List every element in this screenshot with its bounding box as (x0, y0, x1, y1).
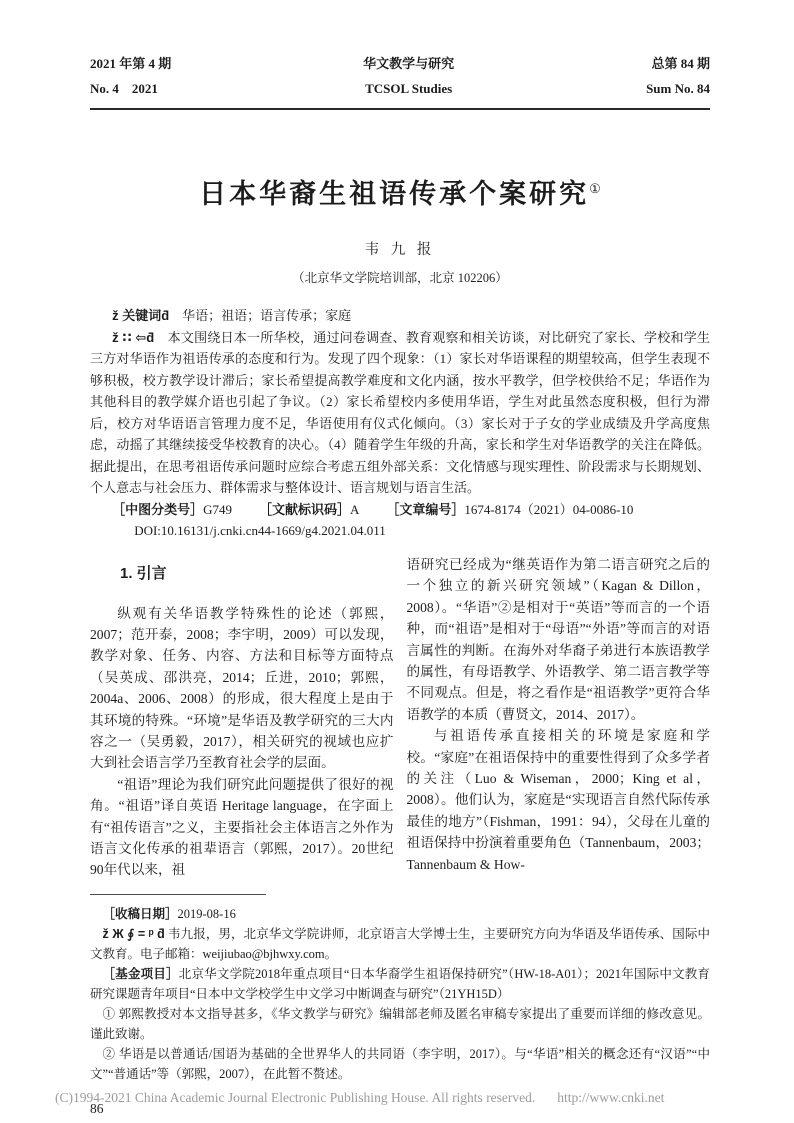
footnote-received-date: ［收稿日期］2019-08-16 (90, 904, 710, 924)
body-paragraph: 与祖语传承直接相关的环境是家庭和学校。“家庭”在祖语保持中的重要性得到了众多学者… (407, 725, 711, 875)
keywords-text: 华语；祖语；语言传承；家庭 (182, 308, 351, 323)
doi-line: DOI:10.16131/j.cnki.cn44-1669/g4.2021.04… (90, 520, 710, 542)
article-title-text: 日本华裔生祖语传承个案研究 (199, 179, 589, 209)
section-heading-introduction: 1. 引言 (90, 562, 394, 586)
received-date-label: ［收稿日期］ (103, 907, 178, 921)
footnote-author-bio: ž Ж ∮ = ᵖ ƌ 韦九报，男，北京华文学院讲师，北京语言大学博士生，主要研… (90, 924, 710, 964)
journal-page: 2021 年第 4 期 No. 4 2021 华文教学与研究 TCSOL Stu… (0, 0, 794, 1123)
sum-no-cn: 总第 84 期 (646, 52, 710, 77)
header-journal-block: 华文教学与研究 TCSOL Studies (363, 52, 454, 101)
article-title: 日本华裔生祖语传承个案研究① (90, 172, 710, 211)
author-bio-label: ž Ж ∮ = ᵖ ƌ (103, 927, 165, 941)
header-issue-block: 2021 年第 4 期 No. 4 2021 (90, 52, 171, 101)
copyright-notice: (C)1994-2021 China Academic Journal Elec… (55, 1090, 664, 1106)
clc-value: G749 (203, 502, 232, 517)
journal-name-en: TCSOL Studies (363, 77, 454, 102)
keywords-line: ž 关键词ƌ 华语；祖语；语言传承；家庭 (90, 305, 710, 327)
copyright-url: http://www.cnki.net (557, 1090, 664, 1105)
journal-header: 2021 年第 4 期 No. 4 2021 华文教学与研究 TCSOL Stu… (90, 52, 710, 101)
article-id-value: 1674-8174（2021）04-0086-10 (464, 502, 633, 517)
keywords-label: ž 关键词ƌ (112, 308, 169, 323)
issue-cn: 2021 年第 4 期 (90, 52, 171, 77)
abstract-text: 本文围绕日本一所华校，通过问卷调查、教育观察和相关访谈，对比研究了家长、学校和学… (90, 330, 710, 496)
author-bio-value: 韦九报，男，北京华文学院讲师，北京语言大学博士生，主要研究方向为华语及华语传承、… (90, 927, 710, 961)
footnote-2: ② 华语是以普通话/国语为基础的全世界华人的共同语（李宇明，2017）。与“华语… (90, 1044, 710, 1084)
abstract-label: ž ∷ ⇦ƌ (112, 330, 154, 345)
author-name: 韦 九 报 (90, 238, 710, 259)
footnote-2-marker: ② (103, 1047, 116, 1061)
footnote-divider (90, 894, 266, 895)
funding-value: 北京华文学院2018年重点项目“日本华裔学生祖语保持研究”（HW-18-A01）… (90, 967, 710, 1001)
article-id-label: ［文章编号］ (386, 502, 464, 517)
abstract-line: ž ∷ ⇦ƌ 本文围绕日本一所华校，通过问卷调查、教育观察和相关访谈，对比研究了… (90, 327, 710, 499)
front-matter: ž 关键词ƌ 华语；祖语；语言传承；家庭 ž ∷ ⇦ƌ 本文围绕日本一所华校，通… (90, 305, 710, 542)
body-paragraph: “祖语”理论为我们研究此问题提供了很好的视角。“祖语”译自英语 Heritage… (90, 774, 394, 881)
body-paragraph: 纵观有关华语教学特殊性的论述（郭熙，2007；范开泰，2008；李宇明，2009… (90, 603, 394, 774)
author-affiliation: （北京华文学院培训部，北京 102206） (90, 268, 710, 286)
footnote-funding: ［基金项目］北京华文学院2018年重点项目“日本华裔学生祖语保持研究”（HW-1… (90, 964, 710, 1004)
doc-code-label: ［文献标识码］ (259, 502, 350, 517)
footnote-1: ① 郭熙教授对本文指导甚多，《华文教学与研究》编辑部老师及匿名审稿专家提出了重要… (90, 1004, 710, 1044)
doc-code-value: A (350, 502, 359, 517)
title-footnote-marker: ① (589, 181, 601, 196)
header-divider (90, 108, 710, 110)
issue-en: No. 4 2021 (90, 77, 171, 102)
body-paragraph: 语研究已经成为“继英语作为第二语言研究之后的一个独立的新兴研究领域”（Kagan… (407, 554, 711, 725)
left-column: 1. 引言 纵观有关华语教学特殊性的论述（郭熙，2007；范开泰，2008；李宇… (90, 554, 394, 881)
footnotes: ［收稿日期］2019-08-16 ž Ж ∮ = ᵖ ƌ 韦九报，男，北京华文学… (90, 904, 710, 1084)
sum-no-en: Sum No. 84 (646, 77, 710, 102)
journal-name-cn: 华文教学与研究 (363, 52, 454, 77)
footnote-2-text: 华语是以普通话/国语为基础的全世界华人的共同语（李宇明，2017）。与“华语”相… (90, 1047, 710, 1081)
classification-line: ［中图分类号］G749［文献标识码］A［文章编号］1674-8174（2021）… (90, 499, 710, 521)
copyright-text: (C)1994-2021 China Academic Journal Elec… (55, 1090, 535, 1105)
article-body: 1. 引言 纵观有关华语教学特殊性的论述（郭熙，2007；范开泰，2008；李宇… (90, 554, 710, 881)
footnote-1-text: 郭熙教授对本文指导甚多，《华文教学与研究》编辑部老师及匿名审稿专家提出了重要而详… (90, 1007, 710, 1041)
received-date-value: 2019-08-16 (178, 907, 236, 921)
clc-label: ［中图分类号］ (112, 502, 203, 517)
funding-label: ［基金项目］ (103, 967, 179, 981)
header-sum-block: 总第 84 期 Sum No. 84 (646, 52, 710, 101)
footnote-1-marker: ① (103, 1007, 116, 1021)
right-column: 语研究已经成为“继英语作为第二语言研究之后的一个独立的新兴研究领域”（Kagan… (407, 554, 711, 881)
